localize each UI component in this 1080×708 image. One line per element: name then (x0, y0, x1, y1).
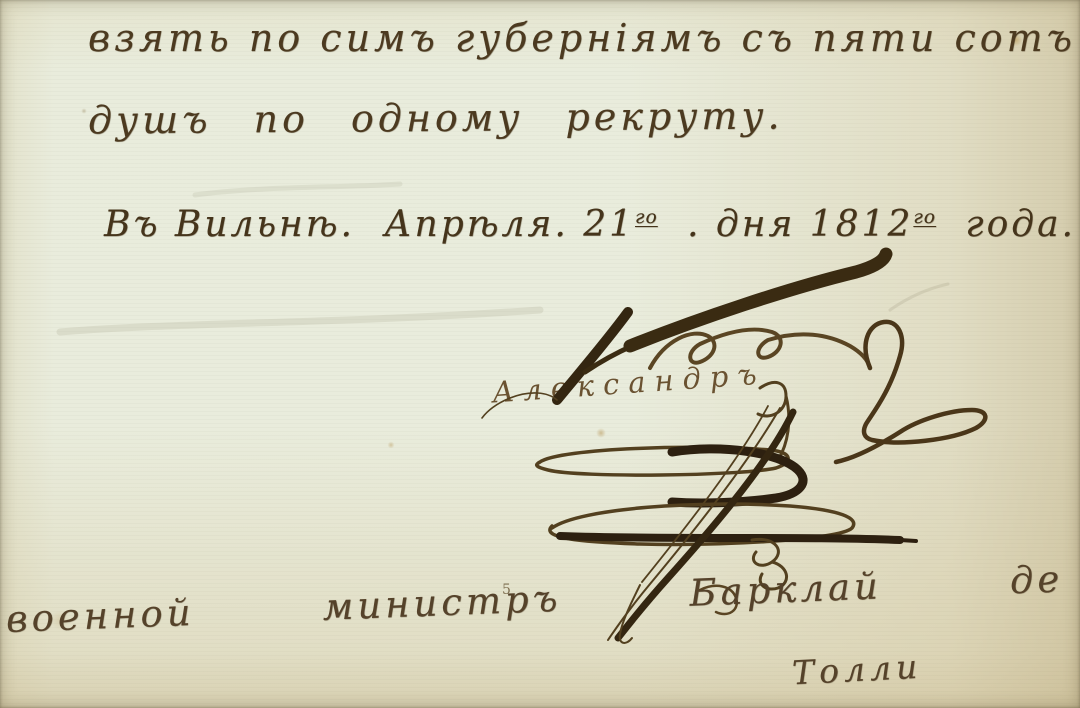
countersignature-line-1: военной министръ Барклай де (5, 557, 1064, 641)
signature-top-flourish (630, 254, 886, 346)
ghost-mark (195, 184, 400, 195)
date-superscript-2: го (913, 207, 936, 228)
date-year-text: . дня 1812 (687, 204, 913, 245)
date-end: года. (965, 204, 1076, 245)
stray-ink-mark: 5 (502, 582, 511, 598)
word: съ (742, 16, 797, 60)
signature-knot-ellipse-2 (550, 504, 854, 544)
word: взять (88, 16, 233, 60)
manuscript-line-2: душъ по одному рекруту. (88, 94, 784, 143)
word: военной (5, 591, 195, 641)
signature-knot-ellipse-1 (537, 447, 788, 475)
manuscript-page: взять по симъ губерніямъ съ пяти сотъ ду… (0, 0, 1080, 708)
signature-knot-heavy (672, 449, 803, 503)
word: де (1009, 557, 1064, 602)
countersignature-line-2: Толли (791, 647, 923, 693)
signature-big-c (836, 322, 985, 462)
date-superscript-1: го (635, 207, 658, 228)
date-line: Въ Вильнѣ. Апрѣля. 21го . дня 1812го год… (104, 204, 1076, 245)
date-year: . дня 1812го (687, 204, 936, 245)
word: по (249, 16, 304, 60)
word: сотъ (954, 16, 1076, 60)
word: симъ (320, 16, 439, 60)
word: министръ (322, 577, 562, 629)
tsar-signature-name: Александръ (491, 356, 767, 409)
date-month-day: Апрѣля. 21го (384, 204, 657, 245)
ghost-mark (60, 310, 540, 332)
signature-bold-bar-tip (900, 540, 916, 541)
word: Барклай (689, 564, 883, 614)
date-place: Въ Вильнѣ. (104, 204, 355, 245)
word: пяти (812, 16, 938, 60)
word: губерніямъ (455, 16, 725, 60)
signature-bold-bar (560, 536, 900, 540)
date-month-day-text: Апрѣля. 21 (384, 204, 635, 245)
signature-thin-diagonal (642, 406, 768, 582)
signature-name-descender (758, 382, 789, 460)
manuscript-line-1: взять по симъ губерніямъ съ пяти сотъ (88, 16, 1076, 60)
ghost-mark (890, 284, 948, 310)
